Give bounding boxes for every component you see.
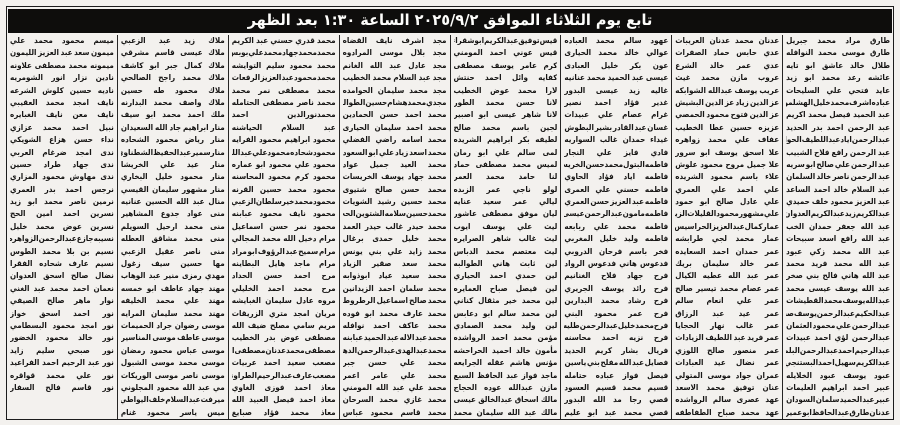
- name-row: محمدعارفمحمدابوفوده: [343, 308, 447, 320]
- name-row: عيسىعبدالحميدمحمدعنانيه: [564, 72, 668, 84]
- name-row: عمرحمداناحمدالسعايده: [675, 246, 779, 258]
- name-row: عبدالحميدفيصلمحمداكريم: [786, 109, 890, 121]
- name-row: ندىمهاوشمحمودالمزاري: [10, 171, 114, 183]
- name-row: غرامعصامعليعبيدات: [564, 109, 668, 121]
- name-row: عايدفتحيعليالسليحات: [786, 85, 890, 97]
- name-row: مهندمحمدسليمانالمرايه: [121, 308, 225, 320]
- name-row: محمودمحمدخيرسلطانالزعبي: [232, 196, 336, 208]
- name-row: فيصلفوازعبادهحتامله: [564, 370, 668, 382]
- name-row: منارمحمودخليلالبخاري: [121, 171, 225, 183]
- name-row: مريانامجدمتريالزريقات: [232, 308, 336, 320]
- name-row: نورقاسمفالحالسفار: [10, 382, 114, 394]
- name-row: مهاحسينسيفزغول: [121, 258, 225, 270]
- header-bar: تابع يوم الثلاثاء الموافق ٢٠٢٥/٩/٢ الساع…: [8, 9, 892, 33]
- name-row: محمدصالحاسماعيلالرطروط: [343, 295, 447, 307]
- name-row: ملاكواصفمحمدالبدارنه: [121, 97, 225, 109]
- name-row: لطيفهبكرابراهيمالشريده: [454, 134, 558, 146]
- name-row: عبدالرحمنناصرخالدالسلمان: [786, 171, 890, 183]
- name-row: ميسياسرمحمودغنام: [121, 407, 225, 419]
- name-row: موسىعاطفموسىالمناسير: [121, 332, 225, 344]
- name-row: مؤنسهاشمعقلهالجرايعه: [454, 357, 558, 369]
- name-row: محمدمحمودسليمالتوايشه: [232, 60, 336, 72]
- name-row: عبدالسلامالحياشنه: [232, 122, 336, 134]
- name-row: فخرباسمفرحانالدروبي: [564, 246, 668, 258]
- name-row: فاطمهالبتولمحمدحسنالخريسات: [564, 159, 668, 171]
- name-row: محمدجهاديوسفالخريسات: [343, 171, 447, 183]
- name-row: مصعبعارفعبدالرحيمالطراونه: [232, 370, 336, 382]
- name-row: عبيراحمدابراهيمالعليمات: [786, 382, 890, 394]
- name-row: عبداللههانيفالحبنيصخر: [786, 270, 890, 282]
- name-row: منىمحمدارحيلالسويلم: [121, 221, 225, 233]
- name-row: فاطمهمحمدعليربابعه: [564, 221, 668, 233]
- name-row: منالعبداللهالحسينعنانيه: [121, 196, 225, 208]
- name-row: عبدالرحمنايادعبداللطيفالحوامده: [786, 134, 890, 146]
- name-row: ميرفتعبدالسلامخلفاليواطي: [121, 394, 225, 406]
- name-row: عزيزهحسينعطاالخطيب: [675, 122, 779, 134]
- name-row: لاناشاهرعيسىابواصبير: [454, 109, 558, 121]
- name-row: عمرعصاممحمدتيسيرصالح: [675, 283, 779, 295]
- name-row: منارابراهيمجاداللهالسعيدان: [121, 122, 225, 134]
- name-row: عدنانمحمدعدنانالعريبات: [675, 35, 779, 47]
- name-column: عدنانمحمدعدنانالعريباتعديحابسحمادالصفرات…: [671, 35, 782, 419]
- page-frame: تابع يوم الثلاثاء الموافق ٢٠٢٥/٩/٢ الساع…: [6, 6, 894, 420]
- name-row: عمرغالبنهارالحجايا: [675, 320, 779, 332]
- name-row: مؤمنمحمداحمدالرواشده: [454, 332, 558, 344]
- name-row: عريبيوسفعبداللهالشوابكه: [675, 85, 779, 97]
- name-row: محمدنورالديناحمد: [232, 109, 336, 121]
- name-row: ليثغالبشاهرالصرايره: [454, 233, 558, 245]
- name-row: ليثمعتصممحمدالدباس: [454, 246, 558, 258]
- name-row: فدعوسهانيفدعوسالرواد: [564, 258, 668, 270]
- name-row: موسىعباسمحمودرمضان: [121, 345, 225, 357]
- name-row: ميمونهمحمدمصطفىعلاونه: [10, 60, 114, 72]
- name-row: عديحابسحمادالصفرات: [675, 47, 779, 59]
- name-row: عبدالرحيماحمدعبدالرحمنالبلمان: [786, 345, 890, 357]
- name-row: عمرفريدعبداللطيفالزيادات: [675, 332, 779, 344]
- name-row: ميمونسعدعبدالعزيزالليمون: [10, 47, 114, 59]
- name-row: محمدمحمدجهادمحمدعليبوبس: [232, 47, 336, 59]
- name-row: علاءباسممحمودالشريده: [675, 171, 779, 183]
- name-row: عبدالرحمنعليصالحابوسريه: [786, 159, 890, 171]
- name-column: ملاكزيدعبدالزعبيملاكعيسىقاسممشرقيملاككما…: [117, 35, 228, 419]
- name-row: علااسحقيوسفابوسرور: [675, 147, 779, 159]
- name-row: عماركمالعبدالعزيزالحراسيس: [675, 221, 779, 233]
- name-row: عبدالرحمنرافعفلاحالشبيب: [786, 147, 890, 159]
- name-column: ميسممحمودمحمدعليميمونسعدعبدالعزيزالليمون…: [7, 35, 117, 419]
- name-row: ندىامجدضرغامالعربي: [10, 147, 114, 159]
- name-row: طارقمرادمحمدجبريل: [786, 35, 890, 47]
- name-row: منىعوادجدوعالمشاهير: [121, 208, 225, 220]
- name-row: كفايهوائلاحمدحنتش: [454, 72, 558, 84]
- name-row: محمدسعدصقيرالزياد: [343, 258, 447, 270]
- name-row: معاذاحمدفوزىالغاوي: [232, 382, 336, 394]
- name-row: محمدعبدالالهعبدالحميدعبابنه: [343, 332, 447, 344]
- name-row: محمدسعيدعيادابوذوابه: [343, 270, 447, 282]
- name-row: عبدالحكيمعبدالرحمنيوسفصخريه: [786, 308, 890, 320]
- name-row: عبيرعبدالحميدسلمانالسودان: [786, 394, 890, 406]
- name-row: نسيمعارفشحادهالفقرا: [10, 258, 114, 270]
- name-row: قيسعونياحمدالمومني: [454, 47, 558, 59]
- name-row: محمودابراهيممحمودالفرايه: [232, 134, 336, 146]
- name-row: محمدناصرمصطفىالحتامله: [232, 97, 336, 109]
- name-row: غيداءحمدانغالبالسواريه: [564, 134, 668, 146]
- name-column: محمدقدريحسنيعبدالكريممحمدمحمدجهادمحمدعلي…: [228, 35, 339, 419]
- name-row: قسيممحمدقسيمالعسود: [564, 382, 668, 394]
- name-row: مجديمحمدهشامحسينالطوالبه: [343, 97, 447, 109]
- name-row: مرامماجدهايلالبطاينه: [232, 258, 336, 270]
- name-row: عمرخالدسليمانبريك: [675, 258, 779, 270]
- page-title: تابع يوم الثلاثاء الموافق ٢٠٢٥/٩/٢ الساع…: [248, 13, 653, 30]
- name-row: ملكاحمدمحمدابوسيف: [121, 109, 225, 121]
- name-row: محمودكرممحمودالمحاسنه: [232, 171, 336, 183]
- name-row: نرجساحمدبدرالعمري: [10, 184, 114, 196]
- name-row: محمدزايدعليبنييونس: [343, 246, 447, 258]
- name-row: عهدعصرىسالمالرواشده: [675, 394, 779, 406]
- name-row: علاجميلمروحمحمودعلوش: [675, 159, 779, 171]
- name-row: محمداحمدحسنالحمادين: [343, 109, 447, 121]
- name-row: عزالدينفتوحمحمودالحمصي: [675, 109, 779, 121]
- name-row: محمودمحمدحسينالقرنه: [232, 184, 336, 196]
- name-row: نضالصالحاسحقالعدوان: [10, 270, 114, 282]
- name-row: محمدمصطفىنمرمحمد: [232, 85, 336, 97]
- name-row: معاذمحمدفؤادصبايغ: [232, 407, 336, 419]
- name-row: علياحمدعليالعمري: [675, 184, 779, 196]
- name-row: فاطمهعبدالعزيزحسنالعمري: [564, 196, 668, 208]
- name-row: عدنانطارقعبدالحافظابوعميره: [786, 407, 890, 419]
- name-row: منىمحمدمشاققالعطله: [121, 233, 225, 245]
- name-row: محمدغازيمحمدالسرحان: [343, 394, 447, 406]
- name-row: عمرمنصورصالحاللوزي: [675, 345, 779, 357]
- names-table: طارقمرادمحمدجبريلطارقموسىمحمدالنوافلهطلا…: [7, 33, 893, 419]
- scanned-page: تابع يوم الثلاثاء الموافق ٢٠٢٥/٩/٢ الساع…: [0, 0, 900, 425]
- name-row: موسىمحمدموسىالشبول: [121, 357, 225, 369]
- name-row: منارسميرعبدالحفيظالشطناوي: [121, 147, 225, 159]
- name-row: نرمينناصرمحمدابوزيد: [10, 196, 114, 208]
- name-row: لميسمحمدمصطفىحماد: [454, 159, 558, 171]
- name-row: لينحمدياحمدالحياري: [454, 270, 558, 282]
- name-row: ليانموفقمصطفىعاشور: [454, 208, 558, 220]
- name-row: لينوليدمحمدالصمادي: [454, 320, 558, 332]
- name-row: ندىجهادطرادحسين: [10, 159, 114, 171]
- name-row: محمداسعدزيادعليابوالسعود: [343, 147, 447, 159]
- name-row: محمدخليلحمدىبرغال: [343, 233, 447, 245]
- name-row: لمىسالمعليابورمان: [454, 147, 558, 159]
- name-row: نسيمبنبلامحمدالطوس: [10, 246, 114, 258]
- name-row: نورعبدالرحيماحمدالفراعيد: [10, 357, 114, 369]
- name-row: نورصبحيسليمزايد: [10, 345, 114, 357]
- name-row: عبداللهيوسفمحمدالقطيشات: [786, 295, 890, 307]
- name-row: عهدمحمدصباحالطفاطفه: [675, 407, 779, 419]
- name-row: منارمشهورسليمانالقيسي: [121, 184, 225, 196]
- name-row: محمداسامهراضيالفضلي: [343, 134, 447, 146]
- name-row: عزالدينزيادعزالدينالبشيش: [675, 97, 779, 109]
- name-row: منىناصرعقيلالزعبي: [121, 246, 225, 258]
- name-column: طارقمرادمحمدجبريلطارقموسىمحمدالنوافلهطلا…: [782, 35, 893, 419]
- name-row: محمودعليمحمودابوعماره: [232, 159, 336, 171]
- name-row: فاطمهحسنيعليالعمرى: [564, 184, 668, 196]
- name-row: محمودنايفمحمودعبابنه: [232, 208, 336, 220]
- name-row: عمرعيدعبدالرزاق: [675, 308, 779, 320]
- name-row: فرحنزيهاحمدمحاسنه: [564, 332, 668, 344]
- name-row: فرحجهادفلاحالغنانيم: [564, 270, 668, 282]
- name-row: قيستوفيقعبدالكريمابوشقراء: [454, 35, 558, 47]
- name-row: غسانعبدالقادربشيرالبطوش: [564, 122, 668, 134]
- name-row: نسريناحمدامينالحج: [10, 208, 114, 220]
- name-row: ميعبداللهمحمودالمجلوني: [121, 382, 225, 394]
- name-row: عبداللهجعفرحمدانالخب: [786, 221, 890, 233]
- name-row: مصعبسعيداحمدعربيات: [232, 357, 336, 369]
- name-row: لناحامدمحمدالعمر: [454, 171, 558, 183]
- name-row: عواليخالدمحمدالحيارى: [564, 47, 668, 59]
- name-row: نداءحسنهزاعالشويكي: [10, 134, 114, 146]
- name-row: عمرنضالعيدالعبادات: [675, 357, 779, 369]
- name-row: عديعمرخالدالشرع: [675, 60, 779, 72]
- name-row: محمدحسينسلامهالشتوينالحجايا: [343, 208, 447, 220]
- name-row: ماجدفوازعبدالحافظالسبع: [454, 370, 558, 382]
- name-row: ملاكعيسىقاسممشرقي: [121, 47, 225, 59]
- name-row: فرحرائديوسفالجريري: [564, 283, 668, 295]
- name-row: مالكعبداللهسليمانمحمد: [454, 407, 558, 419]
- name-row: عمرانجوادموسىالمتولي: [675, 370, 779, 382]
- name-row: عبدالكريمسهيلاحمدالبستنجي: [786, 357, 890, 369]
- name-row: منارعيدعليالخريشا: [121, 159, 225, 171]
- name-row: مناررياضمحمودالشحاده: [121, 134, 225, 146]
- name-row: طلالخالدعاشقابوتايه: [786, 60, 890, 72]
- name-row: مصطفىمحمدعدنانمصطفىالجوخدار: [232, 345, 336, 357]
- name-row: عبداللهرافعاسعدسبيحات: [786, 233, 890, 245]
- name-row: عبداللهيوسفعيسىمحمد: [786, 283, 890, 295]
- name-row: نورخالدمحمودالخضور: [10, 332, 114, 344]
- name-row: لارامحمدعوضالخطيب: [454, 85, 558, 97]
- name-row: غديرفؤاداحمدنصير: [564, 97, 668, 109]
- name-row: نايفمعننايفالغبايره: [10, 109, 114, 121]
- name-row: فاطمهوليدخليلالمغربي: [564, 233, 668, 245]
- name-row: مأمونخالداحميدالحراحشه: [454, 345, 558, 357]
- name-row: عمرعبداللهعطيهالكيال: [675, 270, 779, 282]
- name-row: محمدعاكفاحمدنوافله: [343, 320, 447, 332]
- name-row: معاذاحمدفيصلالعبيدالله: [232, 394, 336, 406]
- name-row: موسىناصرموسىالوريكات: [121, 370, 225, 382]
- name-row: نسيبهجازععبدالرحمنالزواهره: [10, 233, 114, 245]
- name-row: لاناحسنمحمدالطور: [454, 97, 558, 109]
- name-row: عفافعليمحمدزواهره: [675, 134, 779, 146]
- name-row: مهندعليمحمدالخليفه: [121, 295, 225, 307]
- name-row: عروبمازنمحمدغيث: [675, 72, 779, 84]
- name-row: مازنعبداللهعودهالحجاج: [454, 382, 558, 394]
- name-row: عبداللهمحمدفريدمحمد: [786, 258, 890, 270]
- name-row: مروهعادلسليمانالغبايشه: [232, 295, 336, 307]
- name-row: ملاكمحمودطهحسين: [121, 85, 225, 97]
- name-row: فرحرشادمحمدالبدارين: [564, 295, 668, 307]
- name-row: عبداللهمحمدزكيعبود: [786, 246, 890, 258]
- name-row: قصيرجامداللهالبدور: [564, 394, 668, 406]
- name-row: ملاكزيدعبدالزعبي: [121, 35, 225, 47]
- name-row: مريمساميمصلحضيفالله: [232, 320, 336, 332]
- name-row: عبدالرحمنعليمحمودالعثمان: [786, 320, 890, 332]
- name-row: محمدقاسممحمودعباس: [343, 407, 447, 419]
- name-row: لينفيصلصباحالعمايره: [454, 283, 558, 295]
- name-row: لجينباسممحمدصالح: [454, 122, 558, 134]
- name-row: فاديفايزعليالنجار: [564, 147, 668, 159]
- name-row: محمدسلماناحمدالزيدانين: [343, 283, 447, 295]
- name-row: نبيلاحمدمحمدعزازي: [10, 122, 114, 134]
- name-row: مجدمحمدسليمانالحوامده: [343, 85, 447, 97]
- name-row: محمدعليحسنجبر: [343, 357, 447, 369]
- name-row: عبوديوسفعبودالخلايله: [786, 370, 890, 382]
- name-row: مهديرمزىمنيرعبدالوهاب: [121, 270, 225, 282]
- name-row: ميسممحمودمحمدعلي: [10, 35, 114, 47]
- name-row: محمدقدريحسنيعبدالكريم: [232, 35, 336, 47]
- name-row: مالكاسحاقعبدالخالقعيسى: [454, 394, 558, 406]
- name-row: لولوناجيعمرالزبده: [454, 184, 558, 196]
- name-row: فصايلعبداللهمفلحبنيياسين: [564, 357, 668, 369]
- name-row: عليمشهورمحمودالقليلاتالزيدانين: [675, 208, 779, 220]
- name-row: نايفامجدمحمدالعقيبي: [10, 97, 114, 109]
- name-row: محمودنمرحسناسماعيل: [232, 221, 336, 233]
- name-row: عليعادلصالحابوحمود: [675, 196, 779, 208]
- name-row: عمرعليانعامسالم: [675, 295, 779, 307]
- name-row: محمدعليعامراعمر: [343, 370, 447, 382]
- name-row: مرحمحمداحمدالخليلي: [232, 283, 336, 295]
- name-row: ملاكمحمدراجحالصالحي: [121, 72, 225, 84]
- name-row: عنانتوفيقمحمدالاسعد: [675, 382, 779, 394]
- name-row: لياليعمرسعيدعنايه: [454, 196, 558, 208]
- name-row: فرحعمرمحمودالبني: [564, 308, 668, 320]
- name-row: مرامسميحعبدالرؤوفابومراد: [232, 246, 336, 258]
- name-row: طارقموسىمحمدالنوافله: [786, 47, 890, 59]
- name-row: عائشهرعدمحمدابوزيد: [786, 72, 890, 84]
- name-row: عبدالرحمناحمدبدرالحديد: [786, 122, 890, 134]
- name-row: نورعليمحمدقواقره: [10, 370, 114, 382]
- name-row: محمدحسينرشيدالشويات: [343, 196, 447, 208]
- name-row: ليثعلييوسفايوب: [454, 221, 558, 233]
- name-row: عونبكرخليلالعبادى: [564, 60, 668, 72]
- name-row: موسىرضوانجرادالحميمات: [121, 320, 225, 332]
- name-row: ناديهحسينكلوشالشرعه: [10, 85, 114, 97]
- name-row: قصيمحمدعبدابوعليم: [564, 407, 668, 419]
- name-column: مجداشرفنايفالقضاهمجدبلالموسىالمرادوهمجدع…: [339, 35, 450, 419]
- name-row: مصطفىعوضبدرالخطيب: [232, 332, 336, 344]
- name-column: عهودسالممحمدالعبادهعواليخالدمحمدالحيارىع…: [560, 35, 671, 419]
- name-row: مهندجهادعاطفابوخمسه: [121, 283, 225, 295]
- name-row: عبدالعزيزمحمودخلفحميدي: [786, 196, 890, 208]
- name-row: مجدبلالموسىالمرادوه: [343, 47, 447, 59]
- name-row: عبدالسلامخالداحمدالساعد: [786, 184, 890, 196]
- name-row: لينمحمدسالمابودعابس: [454, 308, 558, 320]
- name-row: ناديننزارانورالشومريه: [10, 72, 114, 84]
- name-row: محمودشحادهمحمودعليعبدالله: [232, 147, 336, 159]
- name-row: نوارماهرصالحالصيفي: [10, 295, 114, 307]
- name-row: مرامدخيلاللهمحمدالمجالي: [232, 233, 336, 245]
- name-row: نوراحمداسحقخواز: [10, 308, 114, 320]
- name-row: نورامجدمحمودالبسطامي: [10, 320, 114, 332]
- name-row: عبدالكريمزيدعبدالكريمالعدوان: [786, 208, 890, 220]
- name-row: عمارمحمدلجيطرابشه: [675, 233, 779, 245]
- name-row: ملاككمالجبرابوكاشف: [121, 60, 225, 72]
- name-row: فاطمهمامونعبدالرحمنعيسى: [564, 208, 668, 220]
- name-row: محمدمحمودعبدالعزيزالرفعات: [232, 72, 336, 84]
- name-row: نعماناحمدمحمدعبدالغني: [10, 283, 114, 295]
- name-row: عهودسالممحمدالعباده: [564, 35, 668, 47]
- name-row: لينثابتهانيالطوالبه: [454, 258, 558, 270]
- name-row: محمدحيدرغالبحيدرالعمد: [343, 221, 447, 233]
- name-row: عبدالرحمنلؤياحمدعبيدات: [786, 332, 890, 344]
- name-row: عبادهاشرفمحمدخليلالهشلمون: [786, 97, 890, 109]
- name-row: مجداشرفنايفالقضاه: [343, 35, 447, 47]
- name-row: مجدعبدالسلاممحمدالخطيب: [343, 72, 447, 84]
- name-row: نسرينعوضمحمدخليل: [10, 221, 114, 233]
- name-row: فاطمهايادفؤادالحاوي: [564, 171, 668, 183]
- name-row: فريالبشاركريمالحديد: [564, 345, 668, 357]
- name-row: محمدالعيدجميلعواد: [343, 159, 447, 171]
- name-row: كرمعامريوسفمصطفى: [454, 60, 558, 72]
- name-row: غاليهزيدعيسىالبدور: [564, 85, 668, 97]
- name-row: مجدعادلعبداللهالغانم: [343, 60, 447, 72]
- name-row: محمدعبدالهدىعبدالرحمنالدهامشه: [343, 345, 447, 357]
- name-row: محمداحمدسليمانالحيارى: [343, 122, 447, 134]
- name-row: محمدحسنصالحشتيوى: [343, 184, 447, 196]
- name-row: محمدعليعبداللهالمومني: [343, 382, 447, 394]
- name-row: فرحمحمدخليلعبدالرحمنطليه: [564, 320, 668, 332]
- name-row: مرحاحمدحسنالحداد: [232, 270, 336, 282]
- name-column: قيستوفيقعبدالكريمابوشقراءقيسعونياحمدالمو…: [450, 35, 561, 419]
- name-row: لينمحمدخيرمثقالكناني: [454, 295, 558, 307]
